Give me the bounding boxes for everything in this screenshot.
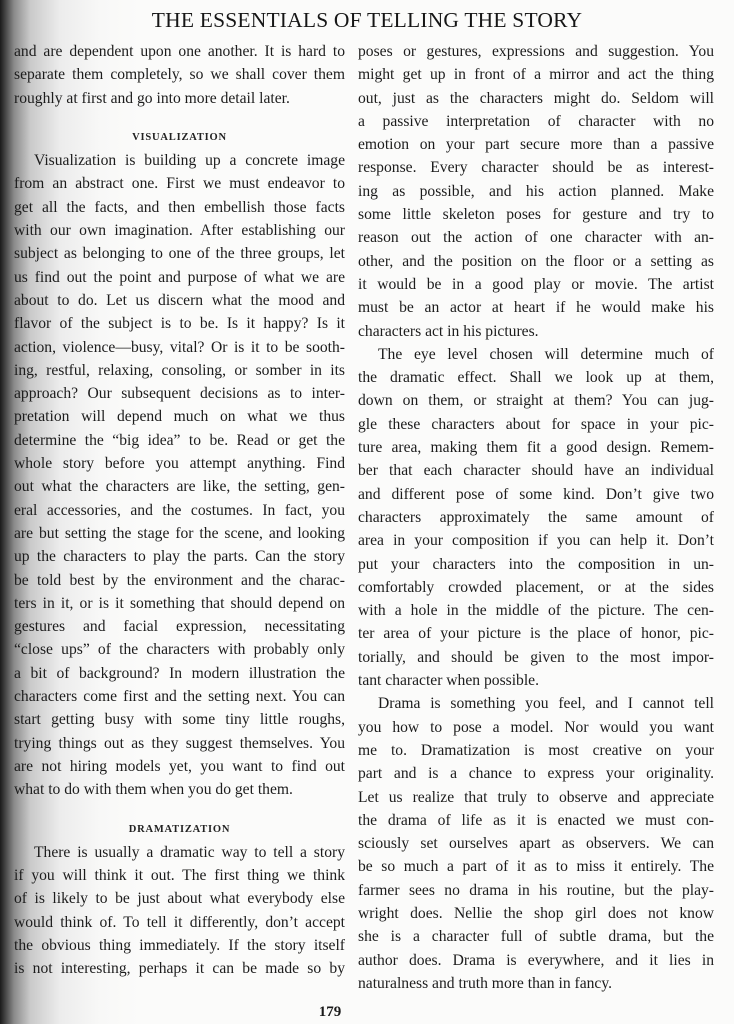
text-line: separate them completely, so we shall co…	[14, 63, 345, 86]
text-line: it would be in a good play or movie. The…	[358, 273, 714, 296]
text-line: flavor of the subject is to be. Is it ha…	[14, 312, 345, 335]
text-line: would think of. To tell it differently, …	[14, 911, 345, 934]
section-heading-dramatization: DRAMATIZATION	[14, 818, 345, 841]
text-line: pretation will depend much on what we th…	[14, 405, 345, 428]
text-line: if you will think it out. The first thin…	[14, 864, 345, 887]
text-line: reason out the action of one character w…	[358, 226, 714, 249]
text-line: some little skeleton poses for gesture a…	[358, 203, 714, 226]
text-line: ing as possible, and his action planned.…	[358, 180, 714, 203]
text-line: must be an actor at heart if he would ma…	[358, 296, 714, 319]
dramatization-paragraph: There is usually a dramatic way to tell …	[14, 841, 345, 981]
text-line: area in your composition if you can help…	[358, 529, 714, 552]
text-line: ters in it, or is it something that shou…	[14, 592, 345, 615]
text-line: determine the “big idea” to be. Read or …	[14, 429, 345, 452]
text-line: approach? Our subsequent decisions as to…	[14, 382, 345, 405]
text-line: Drama is something you feel, and I canno…	[358, 692, 714, 715]
text-line: with our own imagination. After establis…	[14, 219, 345, 242]
text-line: eral accessories, and the costumes. In f…	[14, 499, 345, 522]
text-line: “close ups” of the characters with proba…	[14, 638, 345, 661]
text-line: you how to pose a model. Nor would you w…	[358, 716, 714, 739]
text-line: gestures and facial expression, necessit…	[14, 615, 345, 638]
text-line: comfortably crowded placement, or at the…	[358, 576, 714, 599]
text-line: response. Every character should be as i…	[358, 156, 714, 179]
text-line: might get up in front of a mirror and ac…	[358, 63, 714, 86]
text-line: subject as belonging to one of the three…	[14, 242, 345, 265]
text-line: down on them, or straight at them? You c…	[358, 389, 714, 412]
text-line: ture area, making them fit a good design…	[358, 436, 714, 459]
text-line: and are dependent upon one another. It i…	[14, 40, 345, 63]
text-line: a passive interpretation of character wi…	[358, 110, 714, 133]
text-line: characters come first and the setting ne…	[14, 685, 345, 708]
text-line: she is a character full of subtle drama,…	[358, 925, 714, 948]
text-line: of is likely to be just about what every…	[14, 887, 345, 910]
text-line: ber that each character should have an i…	[358, 459, 714, 482]
text-line: Visualization is building up a concrete …	[14, 149, 345, 172]
text-line: gle these characters about for space in …	[358, 413, 714, 436]
text-line: farmer sees no drama in his routine, but…	[358, 879, 714, 902]
visualization-paragraph: Visualization is building up a concrete …	[14, 149, 345, 801]
text-line: up the characters to play the parts. Can…	[14, 545, 345, 568]
text-line: part and is a chance to express your ori…	[358, 762, 714, 785]
text-line: torially, and should be given to the mos…	[358, 646, 714, 669]
text-line: is not interesting, perhaps it can be ma…	[14, 957, 345, 980]
text-line: author does. Drama is everywhere, and it…	[358, 949, 714, 972]
text-line: what to do with them when you do get the…	[14, 778, 345, 801]
text-line: the dramatic effect. Shall we look up at…	[358, 366, 714, 389]
text-line: action, violence—busy, vital? Or is it t…	[14, 336, 345, 359]
text-line: poses or gestures, expressions and sugge…	[358, 40, 714, 63]
text-line: me to. Dramatization is most creative on…	[358, 739, 714, 762]
page-number: 179	[305, 1004, 355, 1021]
book-page: THE ESSENTIALS OF TELLING THE STORY and …	[0, 0, 734, 1024]
text-line: out, just as the characters might do. Se…	[358, 87, 714, 110]
text-line: Let us realize that truly to observe and…	[358, 786, 714, 809]
text-line: wright does. Nellie the shop girl does n…	[358, 902, 714, 925]
text-line: whole story before you attempt anything.…	[14, 452, 345, 475]
text-line: about to do. Let us discern what the moo…	[14, 289, 345, 312]
text-line: ter area of your picture is the place of…	[358, 622, 714, 645]
right-column: poses or gestures, expressions and sugge…	[358, 40, 714, 995]
running-header-title: THE ESSENTIALS OF TELLING THE STORY	[0, 8, 734, 33]
text-line: characters act in his pictures.	[358, 320, 714, 343]
body-paragraph: Drama is something you feel, and I canno…	[358, 692, 714, 995]
text-line: The eye level chosen will determine much…	[358, 343, 714, 366]
body-paragraph: The eye level chosen will determine much…	[358, 343, 714, 692]
text-line: emotion on your part secure more than a …	[358, 133, 714, 156]
text-line: There is usually a dramatic way to tell …	[14, 841, 345, 864]
text-line: ing, restful, relaxing, consoling, or so…	[14, 359, 345, 382]
text-line: put your characters into the composition…	[358, 553, 714, 576]
text-line: and different pose of some kind. Don’t g…	[358, 483, 714, 506]
text-line: the drama of life as it is enacted we mu…	[358, 809, 714, 832]
body-paragraph: poses or gestures, expressions and sugge…	[358, 40, 714, 343]
text-line: from an abstract one. First we must ende…	[14, 172, 345, 195]
text-line: be so much a part of it as to miss it en…	[358, 855, 714, 878]
text-line: tant character when possible.	[358, 669, 714, 692]
text-line: us find out the point and purpose of wha…	[14, 266, 345, 289]
text-line: naturalness and truth more than in fancy…	[358, 972, 714, 995]
text-line: out what the characters are like, the se…	[14, 475, 345, 498]
text-line: roughly at first and go into more detail…	[14, 87, 345, 110]
left-column: and are dependent upon one another. It i…	[14, 40, 345, 981]
section-heading-visualization: VISUALIZATION	[14, 126, 345, 149]
text-line: are not hiring models yet, you want to f…	[14, 755, 345, 778]
text-line: sciously set ourselves apart as observer…	[358, 832, 714, 855]
intro-paragraph: and are dependent upon one another. It i…	[14, 40, 345, 110]
text-line: trying things out as they suggest themse…	[14, 732, 345, 755]
text-line: a bit of background? In modern illustrat…	[14, 662, 345, 685]
text-line: other, and the position on the floor or …	[358, 250, 714, 273]
text-line: start getting busy with some tiny little…	[14, 708, 345, 731]
text-line: are but setting the stage for the scene,…	[14, 522, 345, 545]
text-line: get all the facts, and then embellish th…	[14, 196, 345, 219]
text-line: be told best by the environment and the …	[14, 569, 345, 592]
text-line: the obvious thing immediately. If the st…	[14, 934, 345, 957]
text-line: with a hole in the middle of the picture…	[358, 599, 714, 622]
text-line: characters approximately the same amount…	[358, 506, 714, 529]
